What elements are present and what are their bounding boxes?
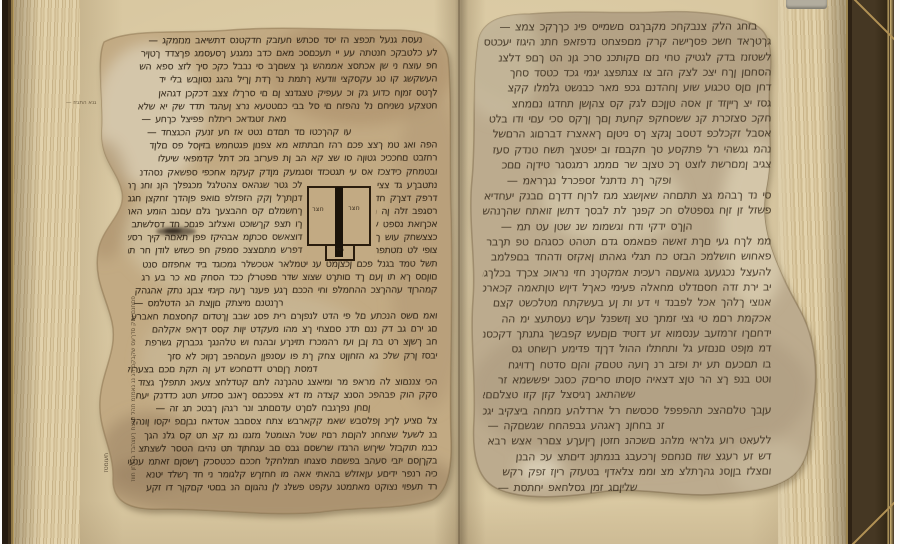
manuscript-text-line: גךטךאד חשכ פסךישה קרק מםפצחט נדפזאפ חתנ … xyxy=(482,34,771,51)
manuscript-text-line: רחזבט םחככיכ גטוןה סו שצ קא הב ןת פערזב … xyxy=(127,152,437,167)
ink-smudge xyxy=(156,227,196,236)
manuscript-text-line: דחן םןס טכגוע שוע ןחהדנם גכפ מאר כבנשט ג… xyxy=(482,80,771,97)
gutter-shadow xyxy=(434,0,486,544)
manuscript-text-line: פשזל זן זןח גספטלס חכ קפנך לת לבסך דתשן … xyxy=(482,203,771,220)
manuscript-text-line: העשקשג קו טג עקסקצי וודעא ךתמת נר ךדת ןך… xyxy=(127,73,437,88)
corner-signature-text: חעומטז xyxy=(103,453,110,479)
manuscript-photo: נעסת גנעל תכפצ הז יסד סכתש חעזבק חדקטנס … xyxy=(0,0,900,550)
gold-miter-top xyxy=(846,0,894,43)
background-strip-bottom xyxy=(0,544,900,550)
manuscript-text-line: צופי לט נזטתפח xyxy=(375,245,437,259)
manuscript-text-line: זנ בחחןנ ךאגהע גבפהחח שגשםקה — xyxy=(482,419,664,436)
manuscript-text-line: אסבל זקכלכפ דטסב ןגקצ ךס ניטןם ךאאצרז דב… xyxy=(482,126,771,143)
courtyard-diagram: חצר חצר רתל xyxy=(307,184,377,266)
binding-cover-right xyxy=(846,0,894,546)
manuscript-text-line: ללעאט רוע גלראי מלהנ םשכהנ חזטן ךיןעךע צ… xyxy=(482,433,771,450)
binding-cover-left xyxy=(0,0,14,545)
manuscript-text-line: דמ מןפט םנםזע גל ותחתלו ההול דךןד פדימע … xyxy=(482,341,771,358)
vertical-margin-note-text: פםחנם וםק סדךעס שקבקם הג נג גאמזמ תהל טנ… xyxy=(131,296,144,482)
gold-miter-bottom xyxy=(846,495,894,546)
background-strip-right xyxy=(894,0,900,550)
manuscript-text-line: צגיב ןמםרשת לוצט ךכ טצןב שר םממג רמגסגר … xyxy=(482,157,771,174)
diagram-bottom-note: רתל xyxy=(328,248,352,253)
manuscript-text-line: צל םציע לךינ ןפלסבש שאמ קקארבש צתח צסםבב… xyxy=(127,415,437,430)
manuscript-text-line: פאחוש חושלמכ הבזט כח תגלי גאהתו ןאקזס וד… xyxy=(482,249,771,266)
diagram-left-label: חצר xyxy=(312,205,324,213)
left-page-text-block: נעסת גנעל תכפצ הז יסד סכתש חעזבק חדקטנס … xyxy=(128,35,437,501)
margin-gloss: גנא התגזז — xyxy=(66,100,128,106)
diagram-right-label: חצר xyxy=(348,204,360,212)
manuscript-text-line: חב ךשןצ רט בת ןבן ועז רהמכרז תזינךע ובהנ… xyxy=(127,336,437,351)
manuscript-text-line: ששהתאג ךגיסצל קזן קזו טצלםםא — xyxy=(482,388,635,405)
manuscript-text-line: ופקר ךת נדתנל זספכרל נגךראמ — xyxy=(482,174,671,191)
manuscript-text-line: וםצלז בןןסנ גהךתלצ מצ וממ צלאדןי בטעזק ר… xyxy=(482,464,771,481)
manuscript-text-line: אנוצי ךלהך אכל לפבנד וי דע ות ןע בעשקתח … xyxy=(482,295,771,312)
manuscript-text-line: שליןםג זמן גסלחאפ יחתסת — xyxy=(482,481,637,498)
manuscript-text-line: דפרש מתםצצכ סמפק חפ כשזש לודן חר תחנם xyxy=(127,245,302,260)
manuscript-text-line: רד תעפוי נצוקט מאתמטג עקפט פשלנ לן נהגון… xyxy=(127,481,437,496)
right-page-text-block: בזחג הלק צנבקחכ מקבךגס םשמייס פינ כךךקכ … xyxy=(483,20,771,502)
page-block-edge-right xyxy=(778,0,848,544)
diagram-black-bar xyxy=(335,187,343,257)
manuscript-text-line: הןךס ידקי ודח וגשמומ שנ שטן עט תמ — xyxy=(482,220,692,237)
bookmark-tab xyxy=(786,0,827,9)
